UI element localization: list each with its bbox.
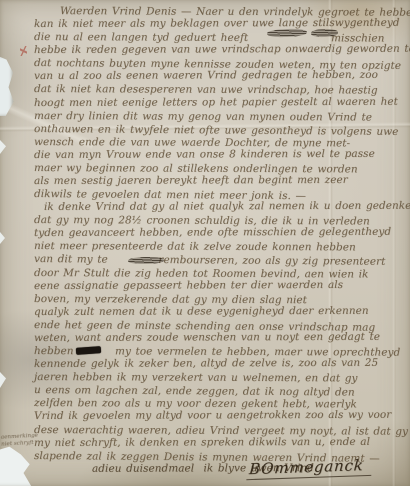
- letter-line: maer dry linien dit was my genog van myn…: [34, 110, 406, 125]
- letter-line: die van myn Vrouw ende van onse 8 kinder…: [34, 148, 406, 162]
- red-ink-mark: [20, 46, 27, 56]
- letter-line: van u al zoo als eenen waeren Vrind gedr…: [34, 69, 406, 83]
- paper-tear-left-edge: [0, 56, 15, 116]
- letter-line: weten, want anders zoude wenschen van u …: [34, 331, 406, 345]
- letter-line: qualyk zult nemen dat ik u dese eygenigh…: [34, 304, 406, 318]
- letter-line: hebbe ik reden gegeven van uwe vrindscha…: [34, 43, 406, 57]
- letter-line: eene assignatie gepasseert hebben ter di…: [34, 278, 406, 292]
- letter-photograph: Waerden Vrind Denis — Naer u den vrindel…: [0, 0, 410, 486]
- letter-line: kan ik niet meer als my beklagen over uw…: [34, 17, 406, 31]
- paper-notch: [0, 372, 6, 388]
- letter-line: ik denke Vrind dat gy al niet qualyk zal…: [34, 200, 406, 214]
- letter-line: kennende gelyk ik zeker ben, altyd de ze…: [34, 357, 406, 371]
- signature: BOmmeganck: [246, 456, 372, 480]
- letter-line: hoogt men niet eenige letters op het pap…: [34, 95, 406, 109]
- paper-sheet: Waerden Vrind Denis — Naer u den vrindel…: [0, 0, 410, 486]
- letter-line: Vrind ik gevoelen my altyd voor u aenget…: [34, 409, 406, 423]
- letter-line: my niet schryft, ik denken en spreken di…: [34, 435, 406, 449]
- letter-line: tyden geavanceert hebben, ende ofte miss…: [34, 226, 406, 240]
- paper-notch: [0, 232, 5, 244]
- letter-line: als men sestig jaeren bereykt heeft dan …: [34, 174, 406, 188]
- letter-lines: Waerden Vrind Denis — Naer u den vrindel…: [34, 5, 406, 476]
- paper-notch: [0, 140, 6, 154]
